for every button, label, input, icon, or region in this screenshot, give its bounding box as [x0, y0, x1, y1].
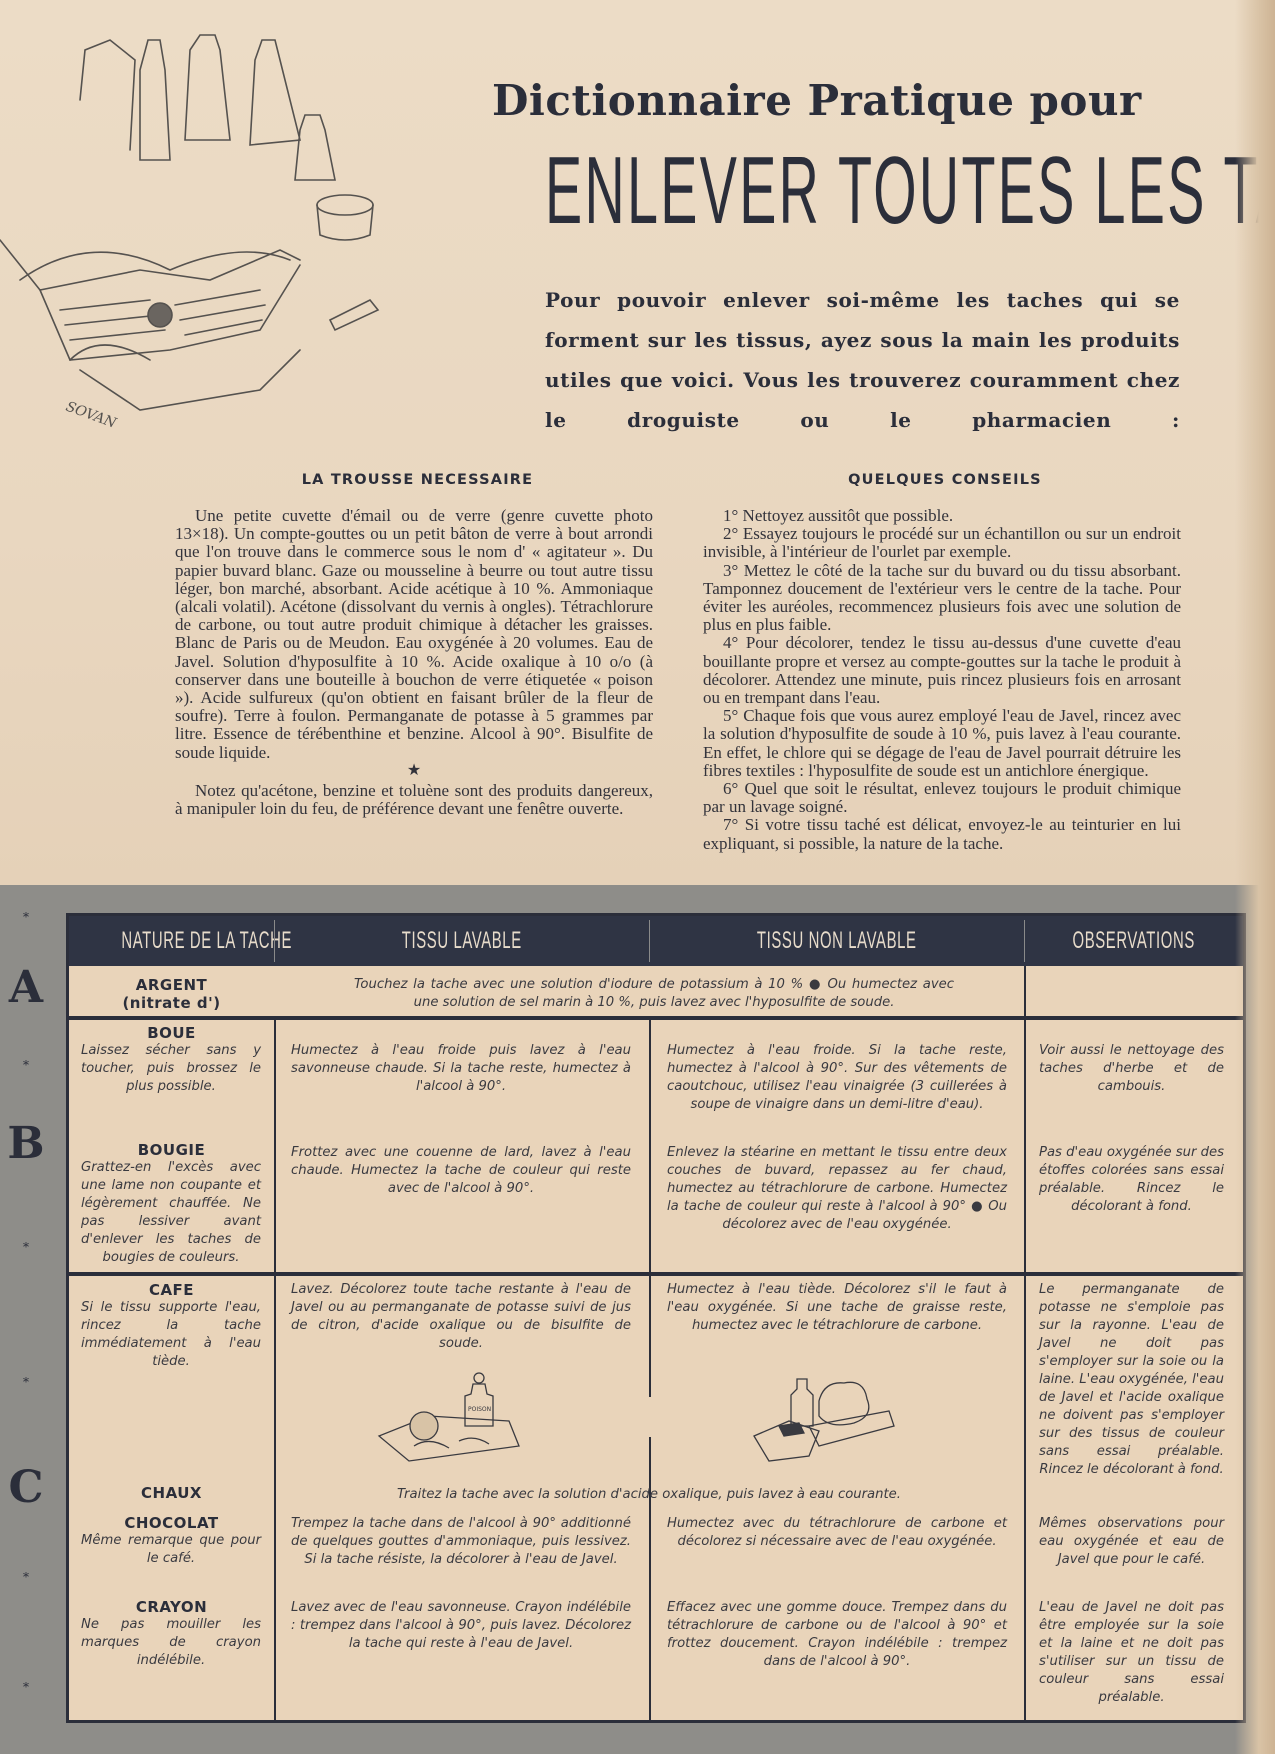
conseils-list: 1° Nettoyez aussitôt que possible. 2° Es… [703, 507, 1181, 853]
lavable-cafe: Lavez. Décolorez toute tache restante à … [291, 1281, 631, 1353]
note-cafe: Si le tissu supporte l'eau, rincez la ta… [81, 1299, 261, 1371]
svg-text:SOVAN: SOVAN [64, 399, 119, 430]
conseil-item: 4° Pour décolorer, tendez le tissu au-de… [703, 634, 1181, 707]
margin-star-icon: * [0, 1240, 52, 1254]
non-lavable-boue: Humectez à l'eau froide. Si la tache res… [667, 1042, 1007, 1114]
trousse-text: Une petite cuvette d'émail ou de verre (… [175, 507, 653, 818]
note-crayon: Ne pas mouiller les marques de crayon in… [81, 1616, 261, 1670]
svg-text:POISON: POISON [468, 1406, 491, 1413]
header-non-lavable: TISSU NON LAVABLE [649, 916, 1024, 966]
note-chocolat: Même remarque que pour le café. [81, 1532, 261, 1568]
stain-name-argent: ARGENT (nitrate d') [69, 976, 274, 1012]
stain-name-chaux: CHAUX [69, 1484, 274, 1502]
stain-name-cafe: CAFE [69, 1281, 274, 1299]
trousse-note: Notez qu'acétone, benzine et toluène son… [175, 782, 653, 818]
observation-crayon: L'eau de Javel ne doit pas être employée… [1039, 1599, 1224, 1707]
header-observations: OBSERVATIONS [1024, 916, 1244, 966]
lavable-crayon: Lavez avec de l'eau savonneuse. Crayon i… [291, 1599, 631, 1653]
stain-name-chocolat: CHOCOLAT [69, 1514, 274, 1532]
lavable-boue: Humectez à l'eau froide puis lavez à l'e… [291, 1042, 631, 1096]
section-letter-b: B [0, 1118, 52, 1169]
margin-star-icon: * [0, 1375, 52, 1389]
stain-name-boue: BOUE [69, 1024, 274, 1042]
header-nature: NATURE DE LA TACHE [69, 916, 274, 966]
observation-chocolat: Mêmes observations pour eau oxygénée et … [1039, 1515, 1224, 1569]
margin-star-icon: * [0, 1680, 52, 1694]
margin-star-icon: * [0, 1570, 52, 1584]
conseil-item: 7° Si votre tissu taché est délicat, env… [703, 816, 1181, 852]
non-lavable-bougie: Enlevez la stéarine en mettant le tissu … [667, 1144, 1007, 1234]
treatment-argent: Touchez la tache avec une solution d'iod… [354, 976, 954, 1012]
stain-table: NATURE DE LA TACHE TISSU LAVABLE TISSU N… [66, 913, 1246, 1723]
title-line-2: ENLEVER TOUTES LES TACHES [545, 136, 986, 246]
section-letter-c: C [0, 1462, 52, 1513]
conseil-item: 1° Nettoyez aussitôt que possible. [703, 507, 1181, 525]
note-boue: Laissez sécher sans y toucher, puis bros… [81, 1042, 261, 1096]
observation-bougie: Pas d'eau oxygénée sur des étoffes color… [1039, 1144, 1224, 1216]
margin-star-icon: * [0, 910, 52, 924]
star-separator-icon: ★ [175, 762, 653, 780]
conseils-heading: QUELQUES CONSEILS [700, 472, 1190, 488]
lavable-bougie: Frottez avec une couenne de lard, lavez … [291, 1144, 631, 1198]
conseil-item: 2° Essayez toujours le procédé sur un éc… [703, 525, 1181, 561]
stain-name-bougie: BOUGIE [69, 1141, 274, 1159]
paper-edge [1235, 0, 1275, 1754]
header-lavable: TISSU LAVABLE [274, 916, 649, 966]
observation-boue: Voir aussi le nettoyage des taches d'her… [1039, 1042, 1224, 1096]
lavable-chocolat: Trempez la tache dans de l'alcool à 90° … [291, 1515, 631, 1569]
conseil-item: 6° Quel que soit le résultat, enlevez to… [703, 780, 1181, 816]
trousse-body: Une petite cuvette d'émail ou de verre (… [175, 507, 653, 762]
non-lavable-cafe: Humectez à l'eau tiède. Décolorez s'il l… [667, 1281, 1007, 1335]
conseil-item: 5° Chaque fois que vous aurez employé l'… [703, 707, 1181, 780]
margin-star-icon: * [0, 1058, 52, 1072]
non-lavable-crayon: Effacez avec une gomme douce. Trempez da… [667, 1599, 1007, 1671]
bottle-sponge-drawing [749, 1371, 899, 1466]
conseil-item: 3° Mettez le côté de la tache sur du buv… [703, 562, 1181, 635]
intro-paragraph: Pour pouvoir enlever soi-même les taches… [545, 280, 1180, 440]
treatment-chaux: Traitez la tache avec la solution d'acid… [299, 1486, 999, 1504]
observation-cafe: Le permanganate de potasse ne s'emploie … [1039, 1281, 1224, 1479]
note-bougie: Grattez-en l'excès avec une lame non cou… [81, 1159, 261, 1267]
non-lavable-chocolat: Humectez avec du tétrachlorure de carbon… [667, 1515, 1007, 1551]
title-line-1: Dictionnaire Pratique pour [492, 76, 1142, 125]
trousse-heading: LA TROUSSE NECESSAIRE [175, 472, 660, 488]
bottles-book-illustration: SOVAN [0, 30, 400, 430]
table-header: NATURE DE LA TACHE TISSU LAVABLE TISSU N… [69, 916, 1243, 966]
bottle-cloth-drawing: POISON [369, 1366, 529, 1466]
section-letter-a: A [0, 962, 52, 1013]
stain-name-crayon: CRAYON [69, 1598, 274, 1616]
